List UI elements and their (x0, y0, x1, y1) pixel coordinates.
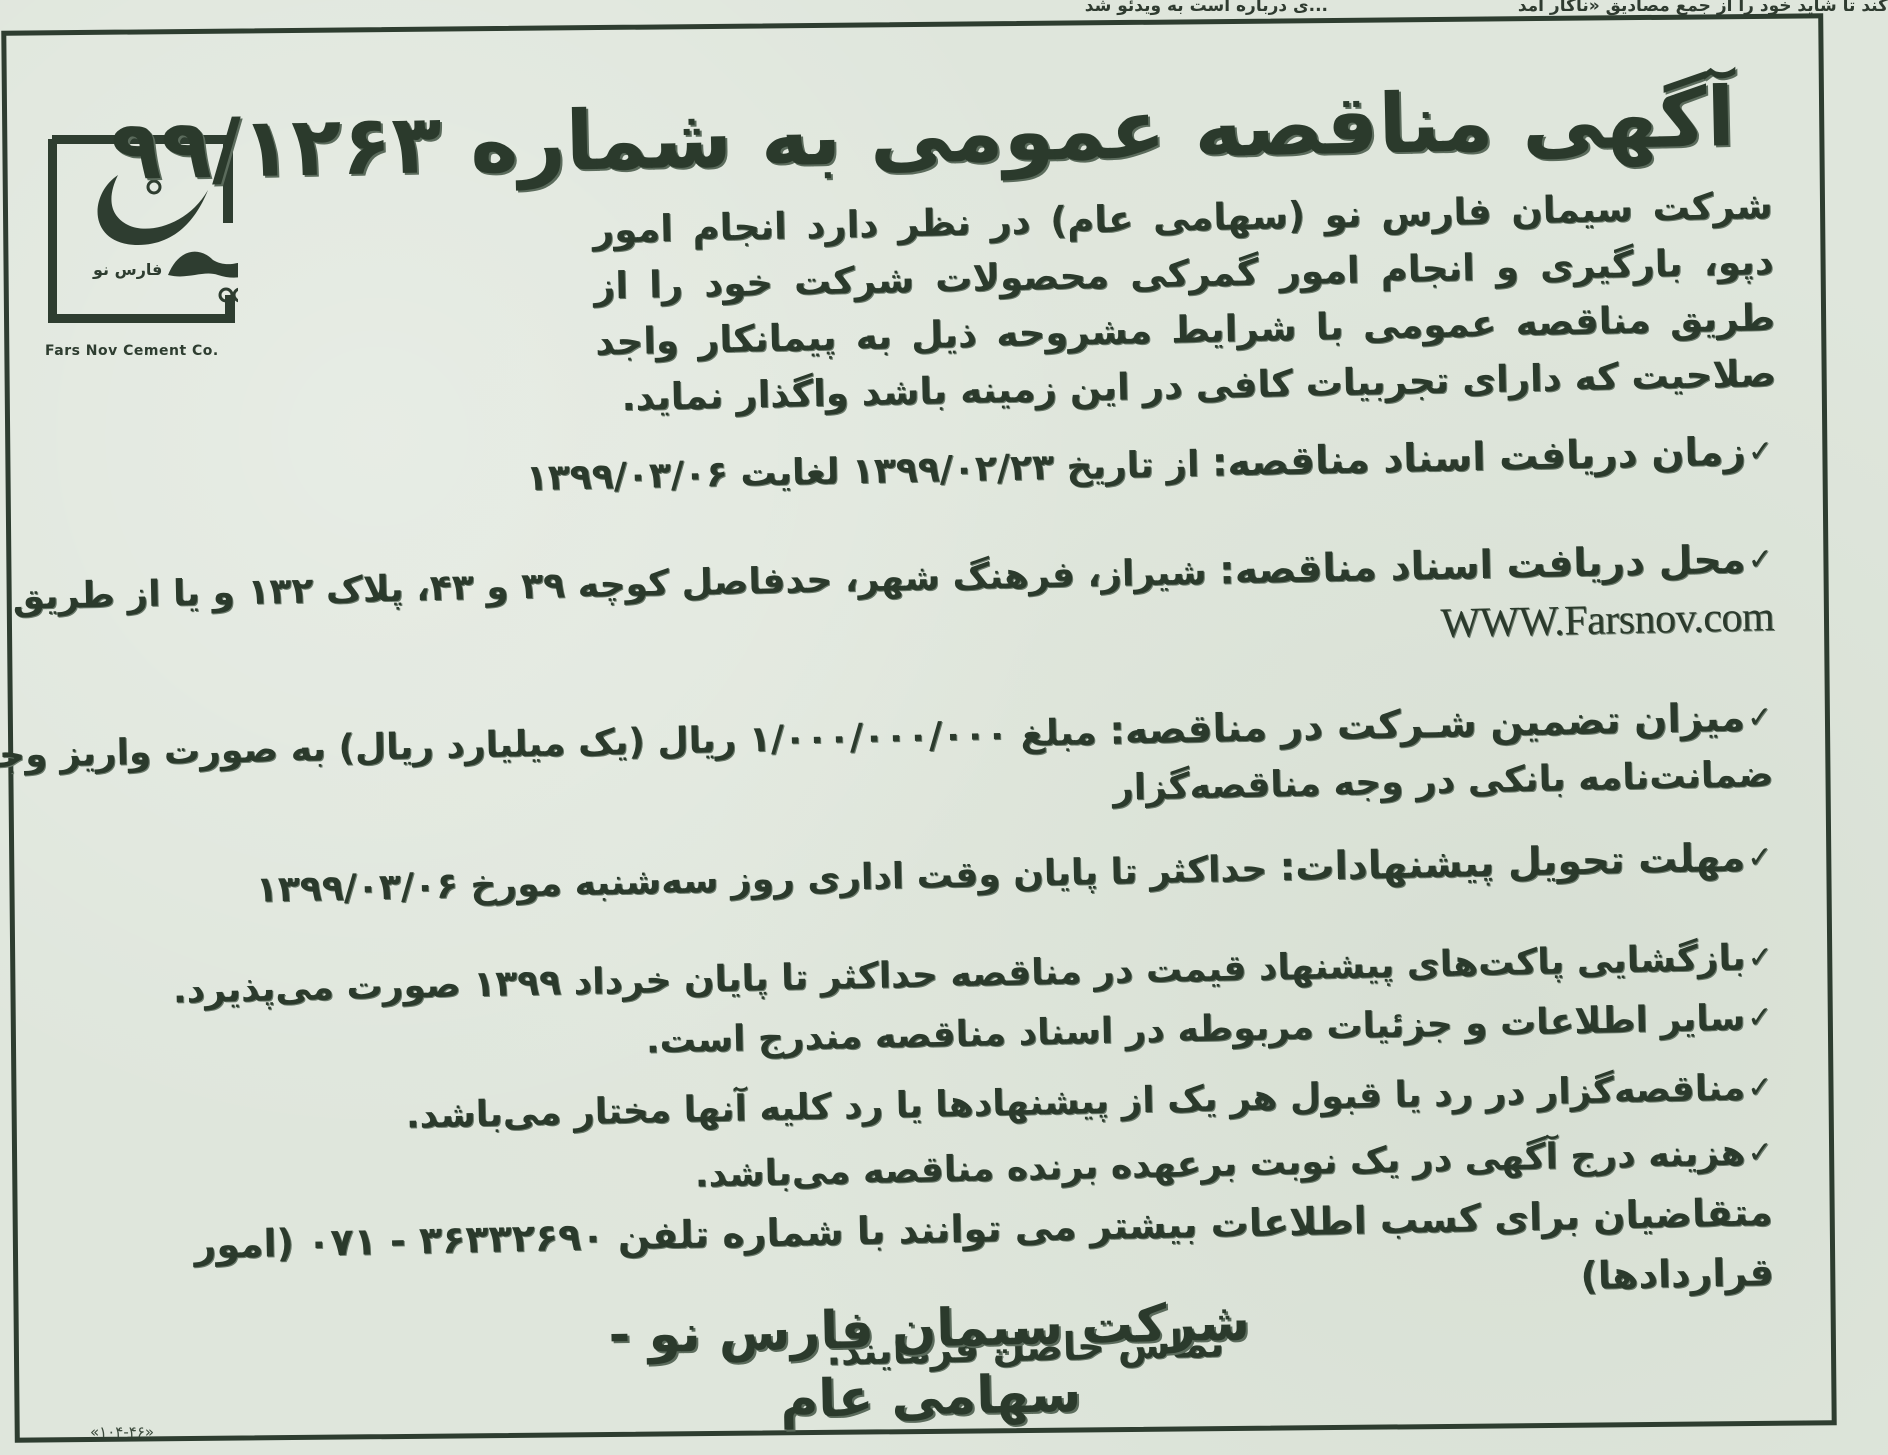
company-signature: شرکت سیمان فارس نو - سهامی عام (549, 1287, 1312, 1439)
checkmark-icon: ✓ (1747, 1000, 1773, 1036)
checkmark-icon: ✓ (1747, 840, 1773, 876)
adjacent-text-right: کند تا شاید خود را از جمع مصادیق «ناکار … (1518, 0, 1888, 14)
checkmark-icon: ✓ (1747, 542, 1773, 578)
intro-paragraph: شرکت سیمان فارس نو (سهامی عام) در نظر دا… (592, 178, 1776, 427)
item-text: از تاریخ ۱۳۹۹/۰۲/۲۳ لغایت ۱۳۹۹/۰۳/۰۶ (525, 444, 1212, 499)
checkmark-icon: ✓ (1747, 700, 1773, 736)
item-text: حداکثر تا پایان وقت اداری روز سه‌شنبه مو… (256, 848, 1281, 910)
item-text: مناقصه‌گزار در رد یا قبول هر یک از پیشنه… (406, 1068, 1746, 1137)
item-label: مهلت تحویل پیشنهادات: (1279, 836, 1745, 891)
checkmark-icon: ✓ (1747, 1135, 1773, 1171)
logo-caption: Fars Nov Cement Co. (45, 343, 219, 359)
list-item-bid-guarantee: ✓میزان تضمین شـرکت در مناقصه: مبلغ ۱/۰۰۰… (0, 690, 1774, 843)
contact-line: متقاضیان برای کسب اطلاعات بیشتر می توانن… (194, 1190, 1775, 1298)
list-item-document-receipt-time: ✓زمان دریافت اسناد مناقصه: از تاریخ ۱۳۹۹… (525, 424, 1773, 507)
checkmark-icon: ✓ (1747, 940, 1773, 976)
item-label: زمان دریافت اسناد مناقصه: (1211, 430, 1746, 486)
ad-reference-code: «۱۰۴-۴۶» (90, 1423, 154, 1441)
logo-arabic-subtitle: فارس نو (92, 260, 162, 279)
ad-title: آگهی مناقصه عمومی به شماره ۹۹/۱۲۶۳ (111, 70, 1736, 199)
tender-advertisement: فارس نو Fars Nov Cement Co. آگهی مناقصه … (30, 30, 1830, 1430)
item-label: محل دریافت اسناد مناقصه: (1218, 538, 1745, 594)
adjacent-text-mid: ...ی درباره است به ویدئو شد (1085, 0, 1328, 14)
checkmark-icon: ✓ (1747, 434, 1773, 470)
list-item-submission-deadline: ✓مهلت تحویل پیشنهادات: حداکثر تا پایان و… (256, 830, 1774, 919)
checkmark-icon: ✓ (1747, 1070, 1773, 1106)
item-text: سایر اطلاعات و جزئیات مربوطه در اسناد من… (646, 998, 1746, 1062)
item-label: میزان تضمین شـرکت در مناقصه: (1109, 696, 1746, 754)
list-item-document-receipt-location: ✓محل دریافت اسناد مناقصه: شیراز، فرهنگ ش… (0, 532, 1774, 685)
